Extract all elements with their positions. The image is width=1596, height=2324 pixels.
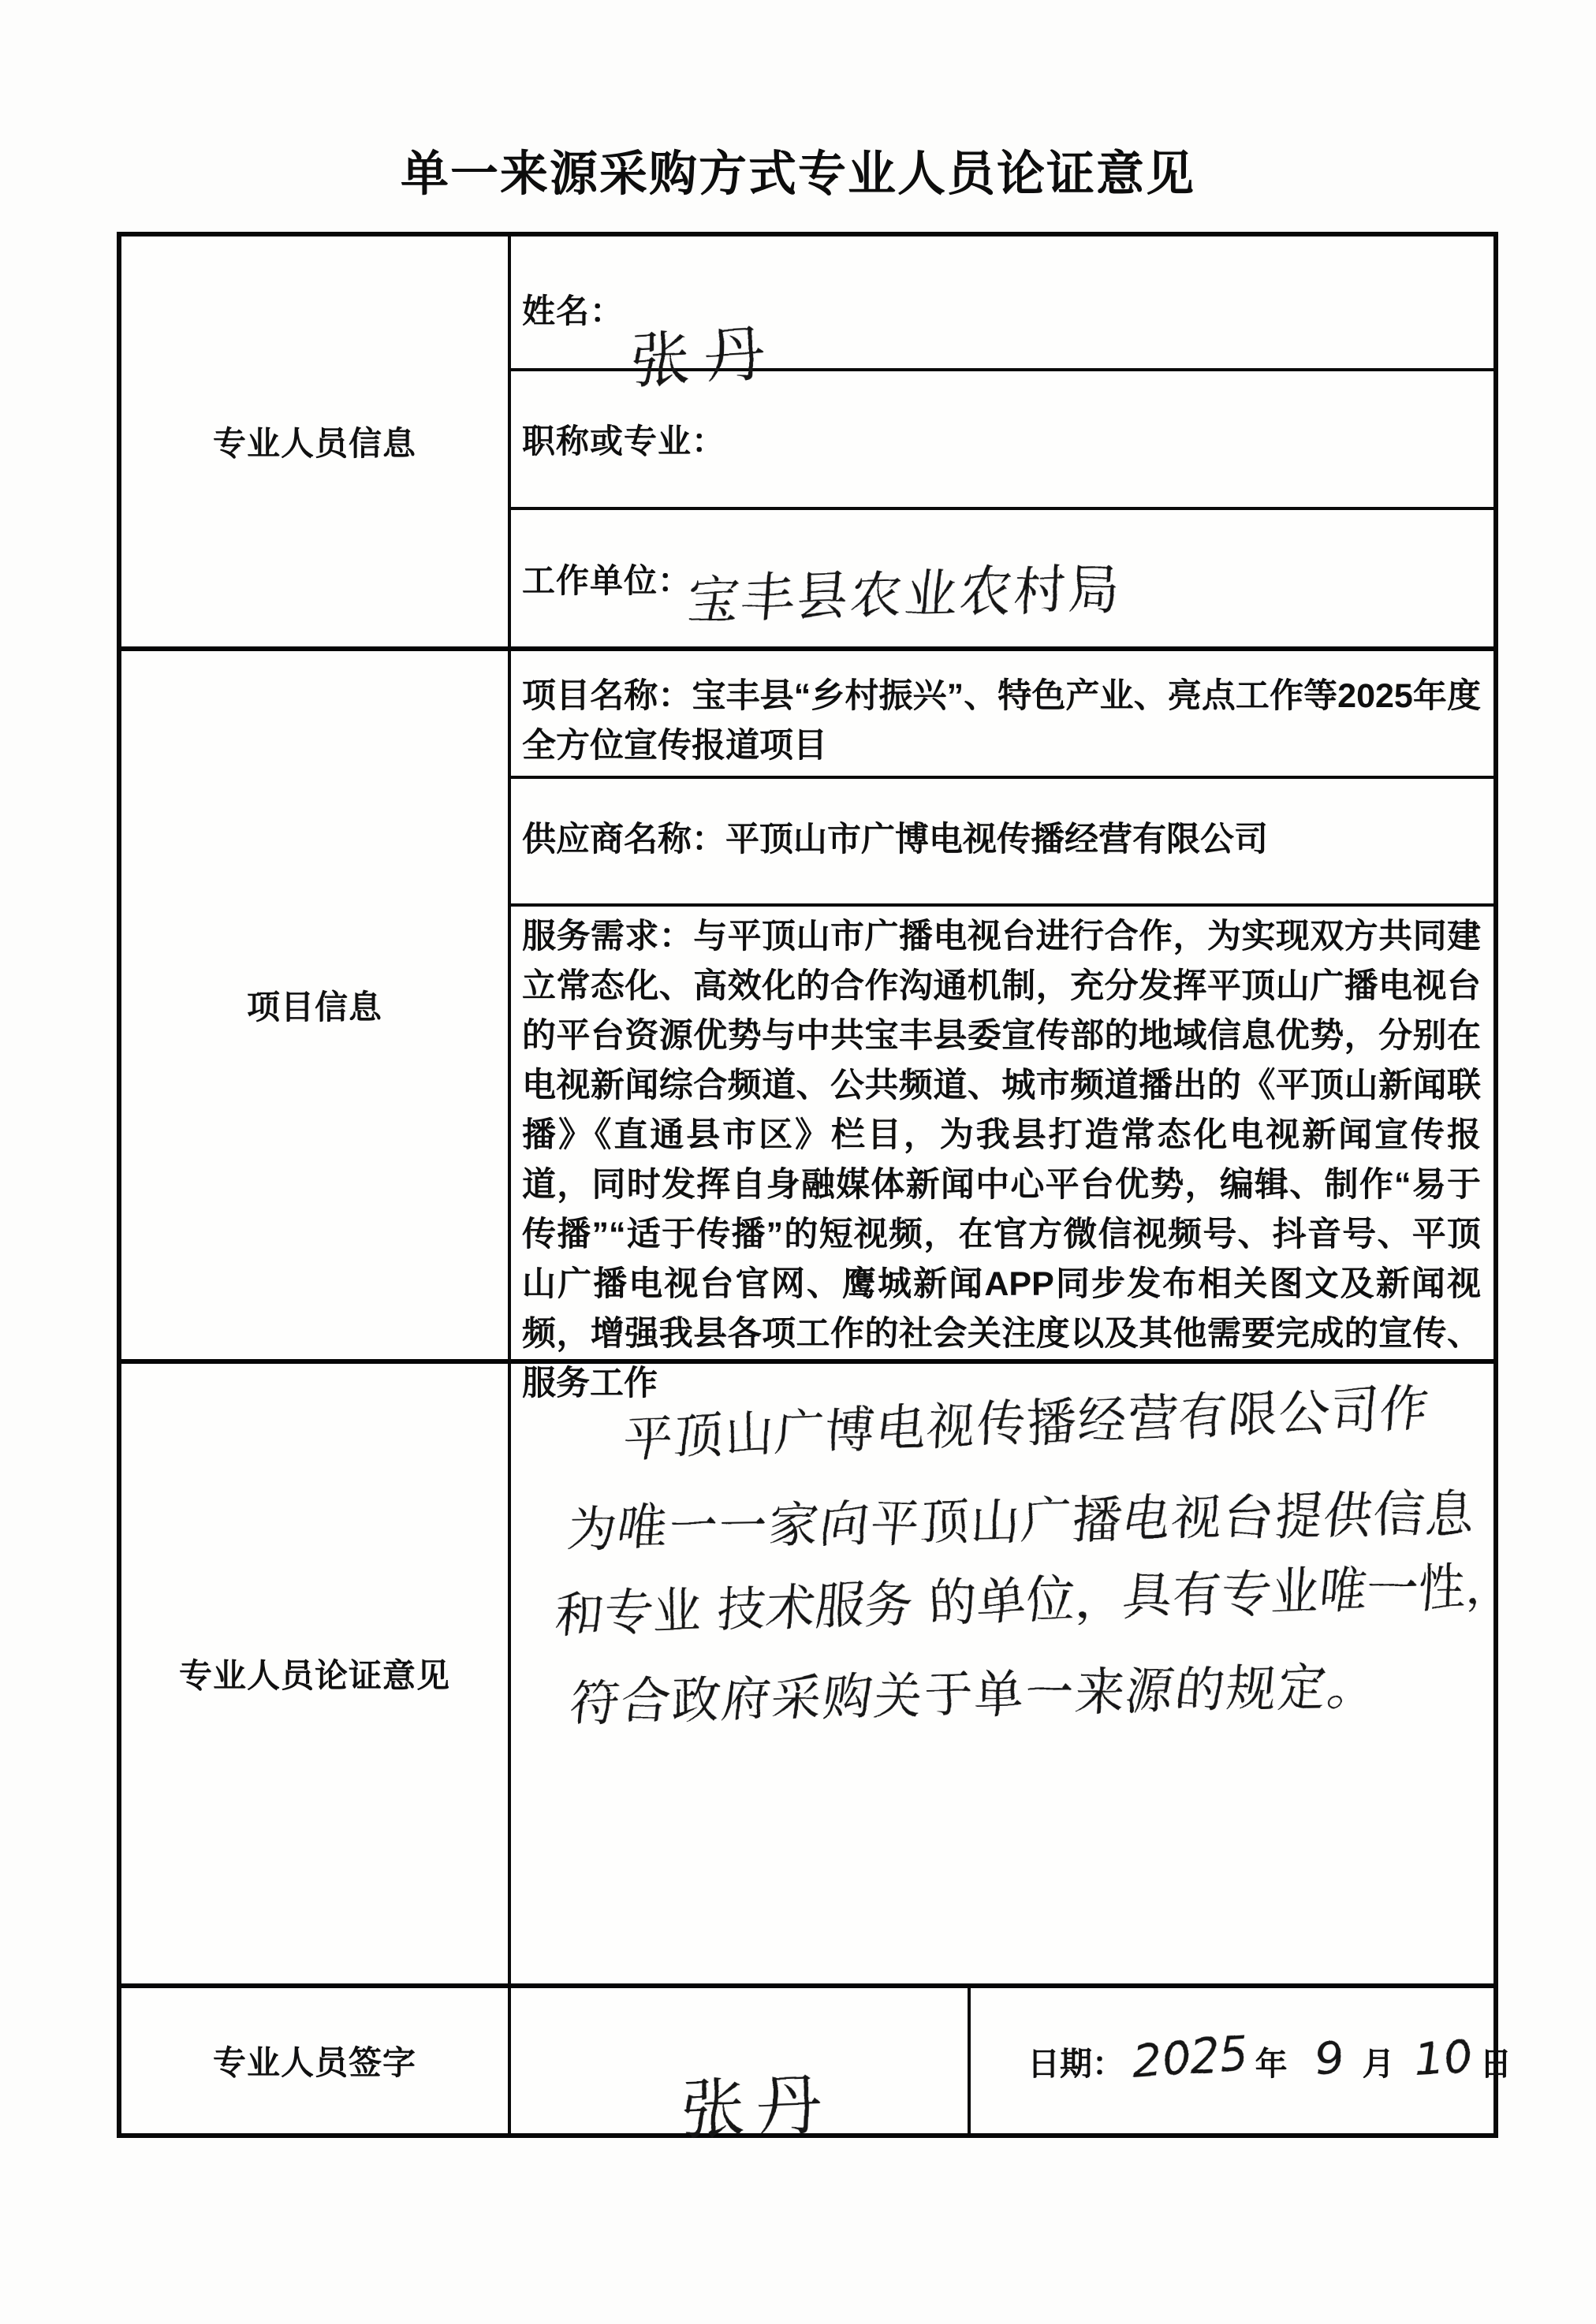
date-year-unit: 年: [1255, 2038, 1288, 2084]
section-label-personnel: 专业人员信息: [121, 236, 511, 651]
opinion-line: 平顶山广博电视传播经营有限公司作: [622, 1369, 1433, 1470]
project-name-label: 项目名称：: [522, 677, 692, 715]
page-title: 单一来源采购方式专业人员论证意见: [0, 136, 1596, 204]
signature-handwritten: 张丹: [680, 2054, 834, 2151]
signature-cell: 张丹: [511, 1988, 971, 2133]
supplier-paragraph: 供应商名称：平顶山市广博电视传播经营有限公司: [511, 779, 1493, 865]
opinion-line: 和专业 技术服务 的单位，具有专业唯一性，: [554, 1546, 1517, 1646]
date-label: 日期：: [1027, 2038, 1124, 2084]
date-day-unit: 日: [1479, 2038, 1512, 2084]
service-value: 与平顶山市广播电视台进行合作，为实现双方共同建立常态化、高效化的合作沟通机制，充…: [522, 918, 1481, 1402]
section-label-project: 项目信息: [121, 651, 511, 1364]
name-label: 姓名：: [522, 285, 624, 333]
supplier-cell: 供应商名称：平顶山市广博电视传播经营有限公司: [511, 779, 1493, 907]
service-label: 服务需求：: [522, 918, 693, 955]
service-paragraph: 服务需求：与平顶山市广播电视台进行合作，为实现双方共同建立常态化、高效化的合作沟…: [511, 907, 1493, 1409]
supplier-label: 供应商名称：: [522, 821, 725, 858]
section-label-signature: 专业人员签字: [121, 1988, 511, 2133]
opinion-line: 符合政府采购关于单一来源的规定。: [568, 1647, 1381, 1734]
date-month-handwritten: 9: [1312, 2030, 1345, 2084]
unit-cell: 工作单位： 宝丰县农业农村局: [511, 510, 1493, 651]
date-cell: 日期： 2025 年 9 月 10 日: [971, 1988, 1493, 2133]
date-day-handwritten: 10: [1410, 2029, 1475, 2086]
unit-handwritten: 宝丰县农业农村局: [684, 547, 1125, 634]
form-table: 专业人员信息 姓名： 张丹 职称或专业： 工作单位： 宝丰县农业农村局 项目信息…: [117, 232, 1498, 2138]
project-name-cell: 项目名称：宝丰县“乡村振兴”、特色产业、亮点工作等2025年度全方位宣传报道项目: [511, 651, 1493, 779]
opinion-cell: 平顶山广博电视传播经营有限公司作 为唯一一家向平顶山广播电视台提供信息 和专业 …: [511, 1364, 1493, 1988]
title-cell: 职称或专业：: [511, 371, 1493, 510]
scanned-form-page: 单一来源采购方式专业人员论证意见 专业人员信息 姓名： 张丹 职称或专业： 工作…: [0, 0, 1596, 2324]
date-year-handwritten: 2025: [1128, 2026, 1252, 2088]
section-label-opinion: 专业人员论证意见: [121, 1364, 511, 1988]
opinion-line: 为唯一一家向平顶山广播电视台提供信息: [565, 1474, 1479, 1560]
title-label: 职称或专业：: [522, 415, 725, 463]
supplier-value: 平顶山市广博电视传播经营有限公司: [725, 821, 1268, 858]
service-cell: 服务需求：与平顶山市广播电视台进行合作，为实现双方共同建立常态化、高效化的合作沟…: [511, 907, 1493, 1364]
project-name-paragraph: 项目名称：宝丰县“乡村振兴”、特色产业、亮点工作等2025年度全方位宣传报道项目: [511, 651, 1493, 771]
name-cell: 姓名： 张丹: [511, 236, 1493, 371]
date-month-unit: 月: [1363, 2038, 1395, 2084]
unit-label: 工作单位：: [522, 555, 692, 602]
